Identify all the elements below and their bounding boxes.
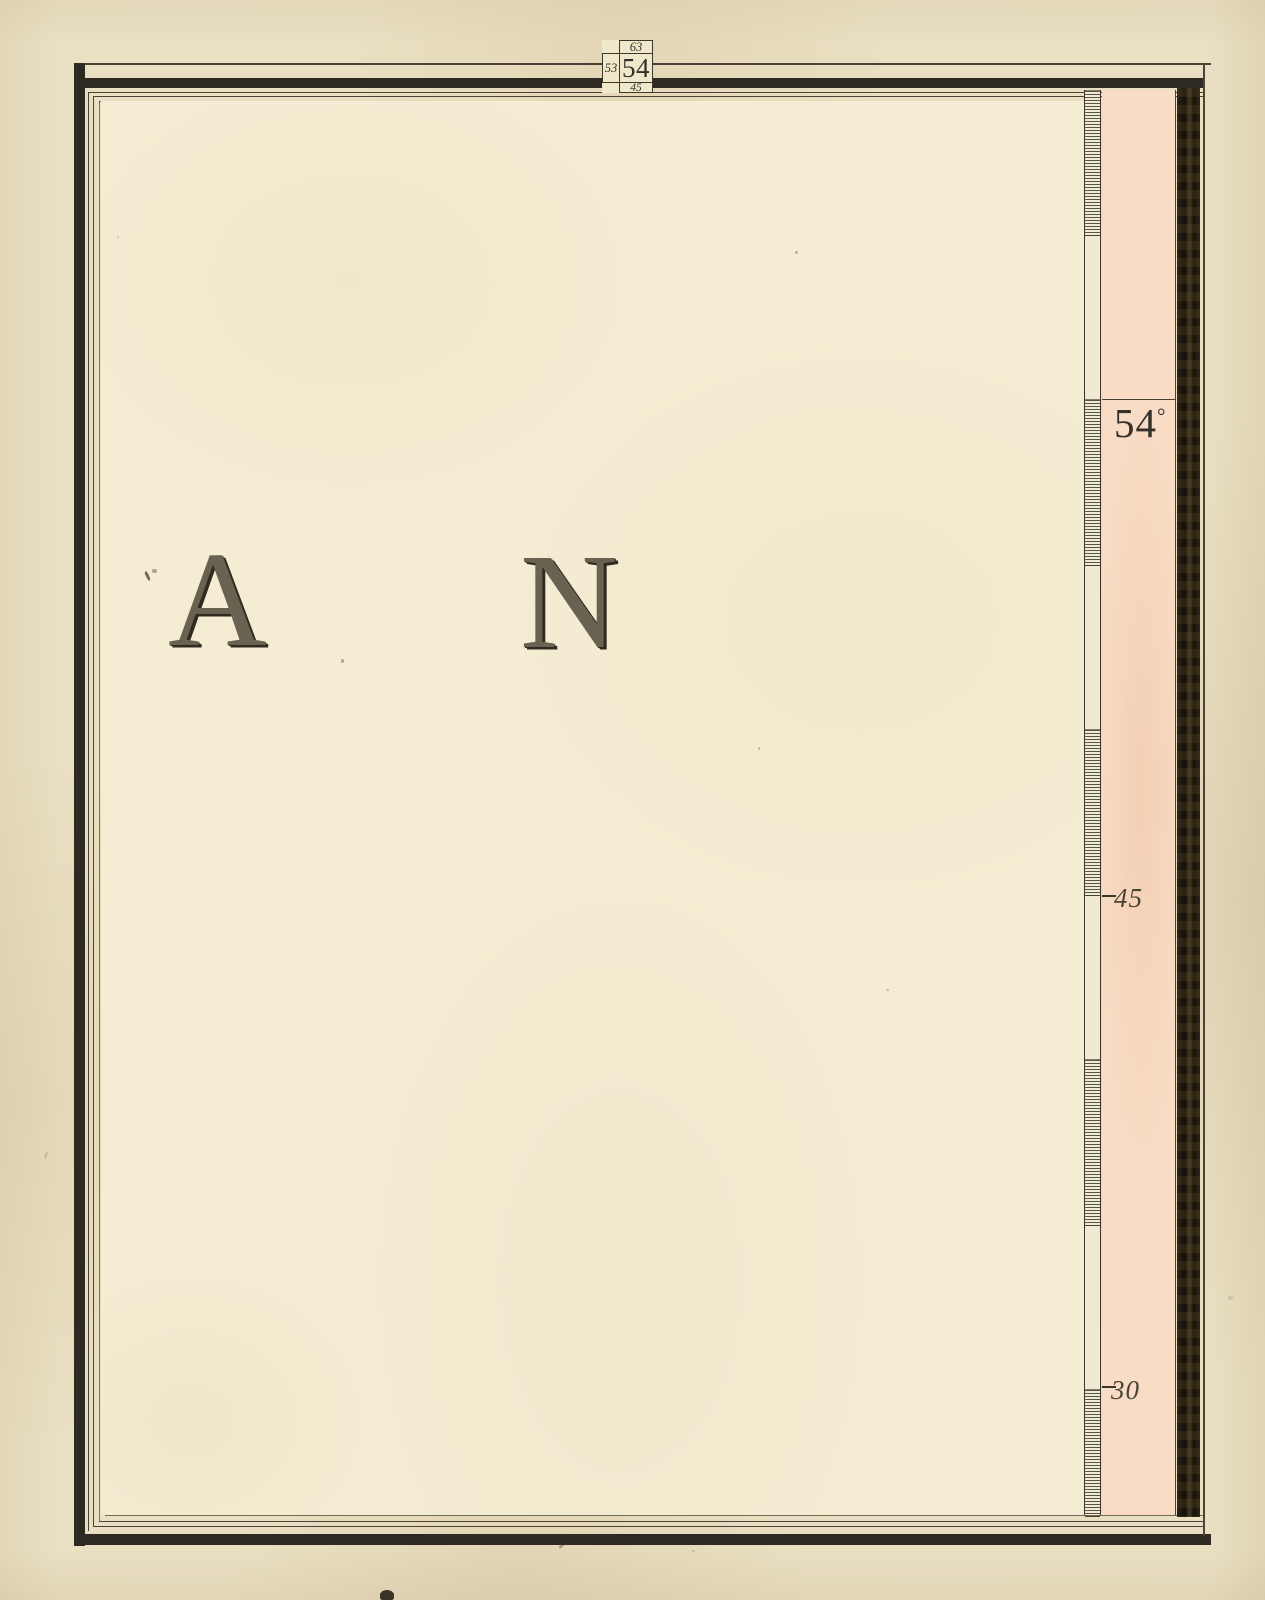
frame-bottom-rule-2 bbox=[99, 1521, 1205, 1522]
frame-bottom-rule-3 bbox=[93, 1526, 1205, 1527]
graduation-hatch-segment bbox=[1085, 90, 1100, 236]
frame-left-rule-2 bbox=[93, 96, 94, 1527]
inked-border-band bbox=[1177, 88, 1200, 1517]
latitude-minute-label-30: 30 bbox=[1111, 1377, 1140, 1404]
paper-speck bbox=[692, 1550, 695, 1552]
degree-symbol: ° bbox=[1157, 403, 1167, 427]
frame-left-rule-1 bbox=[88, 92, 89, 1531]
paper-speck bbox=[1228, 1296, 1233, 1300]
frame-left-band bbox=[74, 63, 85, 1546]
latitude-minute-label-45: 45 bbox=[1114, 885, 1143, 912]
paper-speck bbox=[380, 1590, 394, 1600]
latitude-degree-label: 54° bbox=[1114, 401, 1167, 446]
paper-speck bbox=[152, 569, 157, 573]
graduation-hatch-segment bbox=[1085, 1059, 1100, 1226]
frame-top-rule-2 bbox=[93, 96, 1204, 97]
frame-bottom-rule-1 bbox=[105, 1515, 1205, 1516]
sea-name-letter-a: A bbox=[168, 532, 266, 668]
paper-speck bbox=[758, 747, 760, 750]
paper-speck bbox=[44, 1152, 48, 1159]
paper-speck bbox=[795, 251, 798, 254]
paper-speck bbox=[117, 236, 119, 238]
frame-top-band-right bbox=[652, 78, 1203, 88]
frame-right-outer-line bbox=[1203, 63, 1205, 1536]
paper-speck bbox=[886, 989, 889, 991]
paper-speck bbox=[341, 659, 344, 663]
latitude-graduation-bar bbox=[1084, 90, 1101, 1515]
adjacent-sheet-south: 45 bbox=[619, 82, 653, 93]
map-sea-area bbox=[101, 101, 1084, 1515]
graduation-hatch-segment bbox=[1085, 729, 1100, 896]
current-sheet-number: 54 bbox=[619, 53, 653, 83]
adjacent-sheet-west: 53 bbox=[602, 53, 620, 83]
latitude-degree-value: 54 bbox=[1114, 400, 1157, 446]
frame-left-rule-3 bbox=[99, 101, 100, 1522]
sheet-index-box: 63 53 54 45 bbox=[602, 40, 653, 93]
graduation-hatch-segment bbox=[1085, 1389, 1100, 1517]
frame-bottom-band bbox=[74, 1534, 1211, 1545]
antique-map-sheet: 54° 45 30 63 53 54 45 A N bbox=[0, 0, 1265, 1600]
graduation-hatch-segment bbox=[1085, 399, 1100, 566]
latitude-band: 54° 45 30 bbox=[1102, 90, 1176, 1515]
sea-name-letter-n: N bbox=[520, 534, 618, 670]
frame-top-band-left bbox=[84, 78, 603, 88]
